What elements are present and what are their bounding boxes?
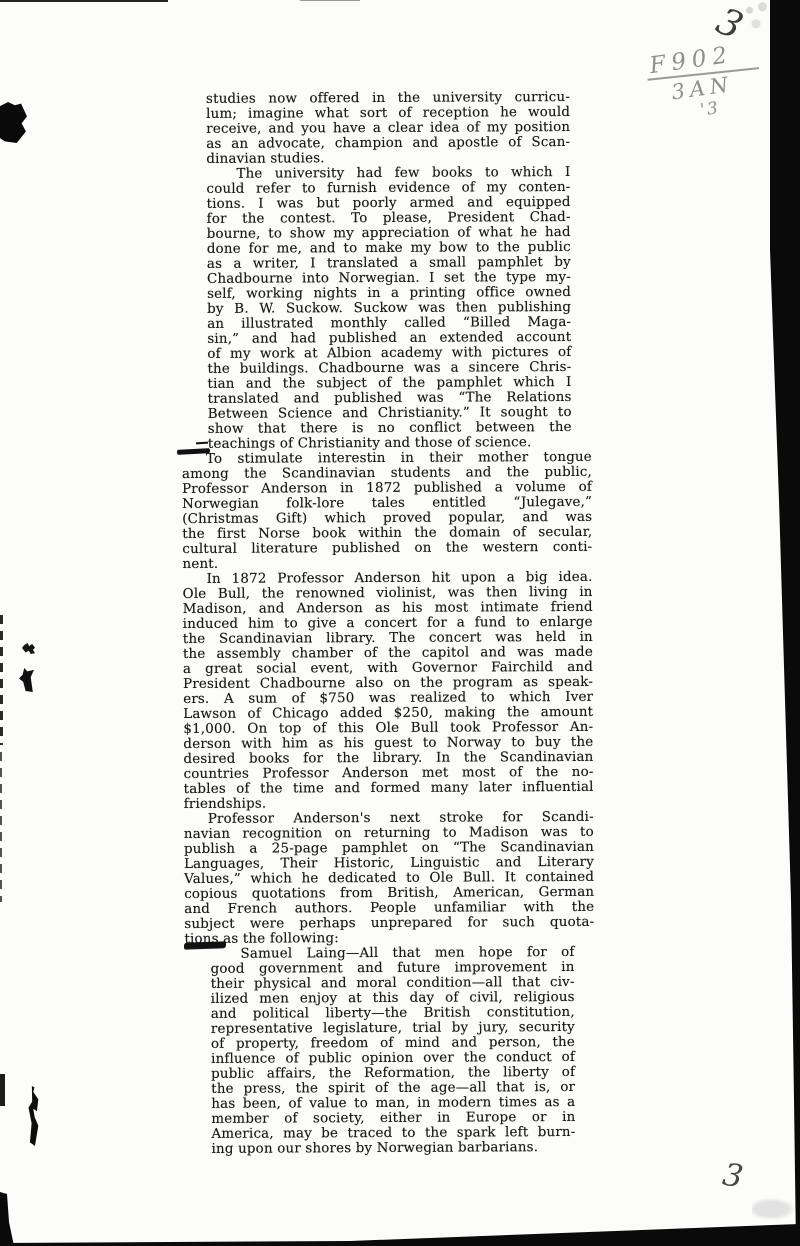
scan-edge-right-band [750,0,800,1246]
scan-edge-top-line [0,0,168,2]
scan-streak-left-3 [0,1074,5,1106]
scan-edge-bottom-left-corner [0,1192,14,1246]
ink-mark-left-margin-1 [22,643,35,654]
text-line: ing upon our shores by Norwegian barbari… [211,1140,575,1157]
scan-streak-left-1 [0,615,3,745]
scan-speckle-bottom-right [752,1196,800,1222]
body-text-column: studies now offered in the university cu… [180,90,596,1157]
text-line: as an advocate, champion and apostle of … [206,135,570,152]
paragraph: To stimulate interestin in their mother … [182,450,593,572]
text-line: tables of the time and formed many later… [184,780,594,797]
text-line: subject were perhaps unprepared for such… [184,915,594,932]
paragraph: Samuel Laing—All that men hope for ofgoo… [210,945,575,1157]
paragraph: In 1872 Professor Anderson hit upon a bi… [183,570,594,812]
scan-edge-top-line-2 [300,0,360,1]
scanned-document-page: studies now offered in the university cu… [0,0,800,1246]
catalog-annotation: F902 3AN '3 [644,37,773,127]
scan-streak-left-2 [0,752,2,902]
paragraph: Professor Anderson's next stroke for Sca… [184,810,595,947]
scan-edge-bottom-band [0,1218,800,1246]
scan-speckle-top-right [740,0,772,34]
ink-splotch-bottom-left [26,1086,40,1146]
handwritten-page-number-bottom: 3 [720,1157,746,1196]
paragraph: studies now offered in the university cu… [206,90,570,167]
paragraph: The university had few books to which Ic… [206,165,571,452]
ink-blob-top-left [0,102,27,143]
ink-mark-left-margin-2 [19,668,34,692]
text-line: cultural literature published on the wes… [182,540,592,557]
